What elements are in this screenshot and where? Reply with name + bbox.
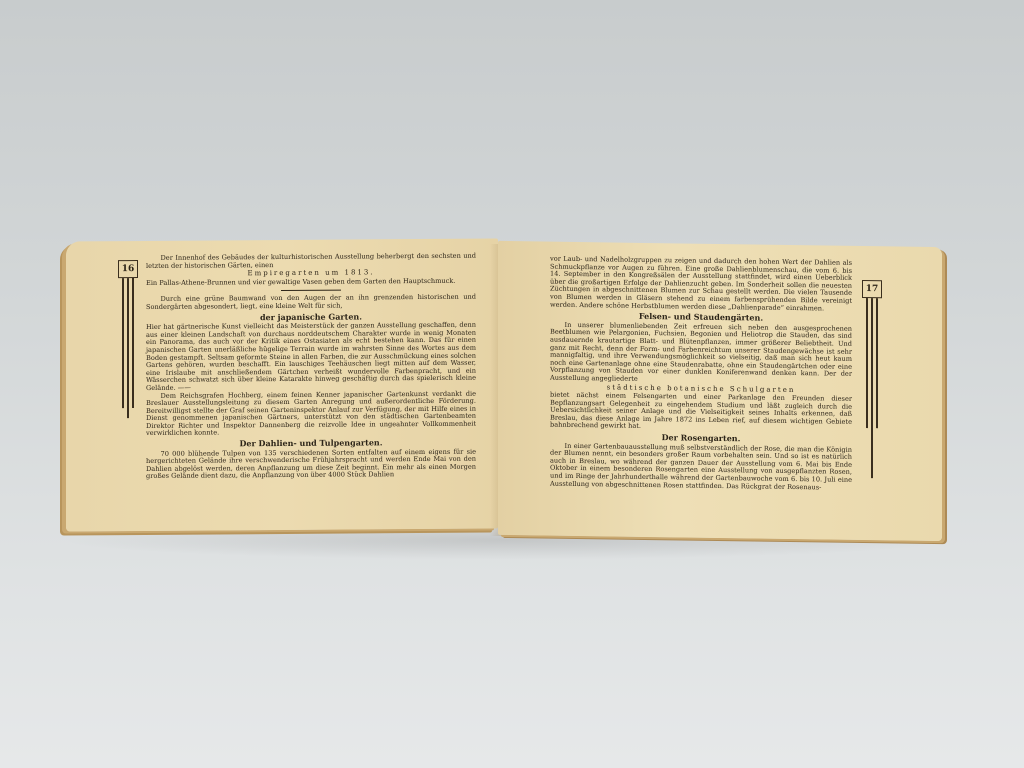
paragraph: In einer Gartenbauausstellung muß selbst… <box>550 442 852 492</box>
paragraph: 70 000 blühende Tulpen von 135 verschied… <box>146 448 476 481</box>
left-page: 16 Der Innenhof des Gebäudes der kulturh… <box>66 238 498 531</box>
paragraph: Dem Reichsgrafen Hochberg, einem feinen … <box>146 390 476 438</box>
right-page: 17 vor Laub- und Nadelholzgruppen zu zei… <box>498 241 942 541</box>
page-number-box: 17 <box>862 280 882 298</box>
left-page-text: Der Innenhof des Gebäudes der kulturhist… <box>146 253 476 481</box>
open-booklet: 16 Der Innenhof des Gebäudes der kulturh… <box>0 0 1024 768</box>
paragraph: Ein Pallas-Athene-Brunnen und vier gewal… <box>146 277 476 287</box>
paragraph: bietet nächst einem Felsengarten und ein… <box>550 392 852 434</box>
paragraph: Hier hat gärtnerische Kunst vielleicht d… <box>146 322 476 393</box>
paragraph: Durch eine grüne Baumwand von den Augen … <box>146 294 476 311</box>
paragraph: Der Innenhof des Gebäudes der kulturhist… <box>146 253 476 270</box>
right-page-text: vor Laub- und Nadelholzgruppen zu zeigen… <box>550 256 852 492</box>
paragraph: In unserer blumenliebenden Zeit erfreuen… <box>550 321 852 386</box>
paragraph: vor Laub- und Nadelholzgruppen zu zeigen… <box>550 256 852 313</box>
divider <box>281 290 341 291</box>
page-number-box: 16 <box>118 260 138 278</box>
